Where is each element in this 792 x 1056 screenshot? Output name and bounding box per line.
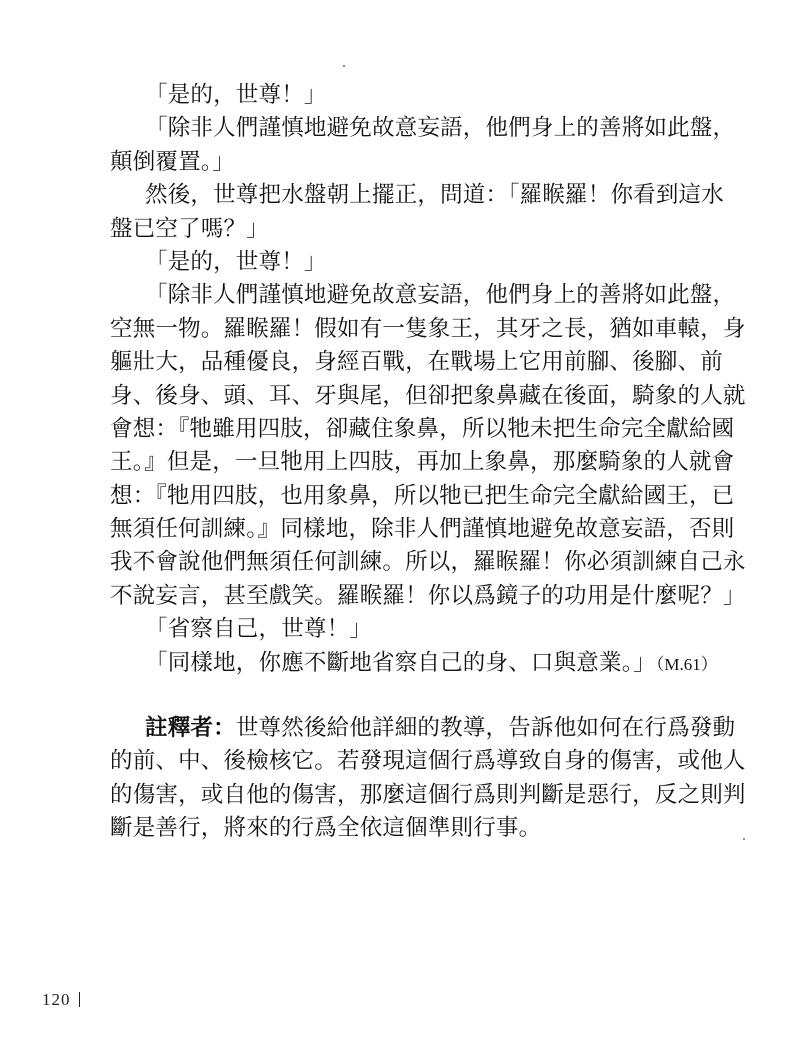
text-line: 顛倒覆置。」 bbox=[110, 146, 722, 179]
text-line: 「是的，世尊！」 bbox=[110, 246, 722, 279]
text-line: 會想：『牠雖用四肢，卻藏住象鼻，所以牠未把生命完全獻給國 bbox=[110, 413, 716, 446]
sutta-citation: （M.61） bbox=[656, 655, 718, 674]
text-line-with-citation: 「同樣地，你應不斷地省察自己的身、口與意業。」（M.61） bbox=[110, 647, 722, 680]
book-page: 「是的，世尊！」 「除非人們謹慎地避免故意妄語，他們身上的善將如此盤， 顛倒覆置… bbox=[0, 0, 792, 1056]
text-line: 我不會說他們無須任何訓練。所以，羅睺羅！你必須訓練自己永 bbox=[110, 546, 716, 579]
commentary-line: 斷是善行，將來的行爲全依這個準則行事。 bbox=[110, 812, 722, 845]
text-line: 無須任何訓練。』同樣地，除非人們謹慎地避免故意妄語，否則 bbox=[110, 513, 716, 546]
commentary-text: 世尊然後給他詳細的教導，告訴他如何在行爲發動 bbox=[236, 715, 735, 741]
text-line: 身、後身、頭、耳、牙與尾，但卻把象鼻藏在後面，騎象的人就 bbox=[110, 380, 716, 413]
text-line: 軀壯大，品種優良，身經百戰，在戰場上它用前腳、後腳、前 bbox=[110, 346, 716, 379]
text-line: 盤已空了嗎？」 bbox=[110, 213, 722, 246]
commentary-line: 註釋者：世尊然後給他詳細的教導，告訴他如何在行爲發動 bbox=[110, 712, 716, 745]
text-line: 不說妄言，甚至戲笑。羅睺羅！你以爲鏡子的功用是什麼呢？」 bbox=[110, 580, 716, 613]
text-line: 「除非人們謹慎地避免故意妄語，他們身上的善將如此盤， bbox=[110, 279, 716, 312]
scan-speck bbox=[343, 65, 345, 67]
commentary-line: 的前、中、後檢核它。若發現這個行爲導致自身的傷害，或他人 bbox=[110, 745, 716, 778]
scan-speck bbox=[743, 838, 745, 840]
text-line: 然後，世尊把水盤朝上擺正，問道：「羅睺羅！你看到這水 bbox=[110, 179, 716, 212]
page-footer: 120 bbox=[42, 990, 80, 1010]
paragraph-gap bbox=[110, 680, 722, 712]
page-number: 120 bbox=[42, 990, 71, 1009]
text-line: 「省察自己，世尊！」 bbox=[110, 613, 722, 646]
text-line: 「是的，世尊！」 bbox=[110, 79, 722, 112]
main-text: 「是的，世尊！」 「除非人們謹慎地避免故意妄語，他們身上的善將如此盤， 顛倒覆置… bbox=[110, 79, 722, 846]
commentary-label: 註釋者： bbox=[145, 715, 236, 741]
text-line: 想：『牠用四肢，也用象鼻，所以牠已把生命完全獻給國王，已 bbox=[110, 480, 716, 513]
text-line: 「除非人們謹慎地避免故意妄語，他們身上的善將如此盤， bbox=[110, 112, 716, 145]
page-number-separator bbox=[79, 992, 81, 1007]
text-line: 空無一物。羅睺羅！假如有一隻象王，其牙之長，猶如車轅，身 bbox=[110, 313, 716, 346]
quote-text: 「同樣地，你應不斷地省察自己的身、口與意業。」 bbox=[145, 650, 656, 676]
text-line: 王。』但是，一旦牠用上四肢，再加上象鼻，那麼騎象的人就會 bbox=[110, 446, 716, 479]
commentary-line: 的傷害，或自他的傷害，那麼這個行爲則判斷是惡行，反之則判 bbox=[110, 779, 716, 812]
